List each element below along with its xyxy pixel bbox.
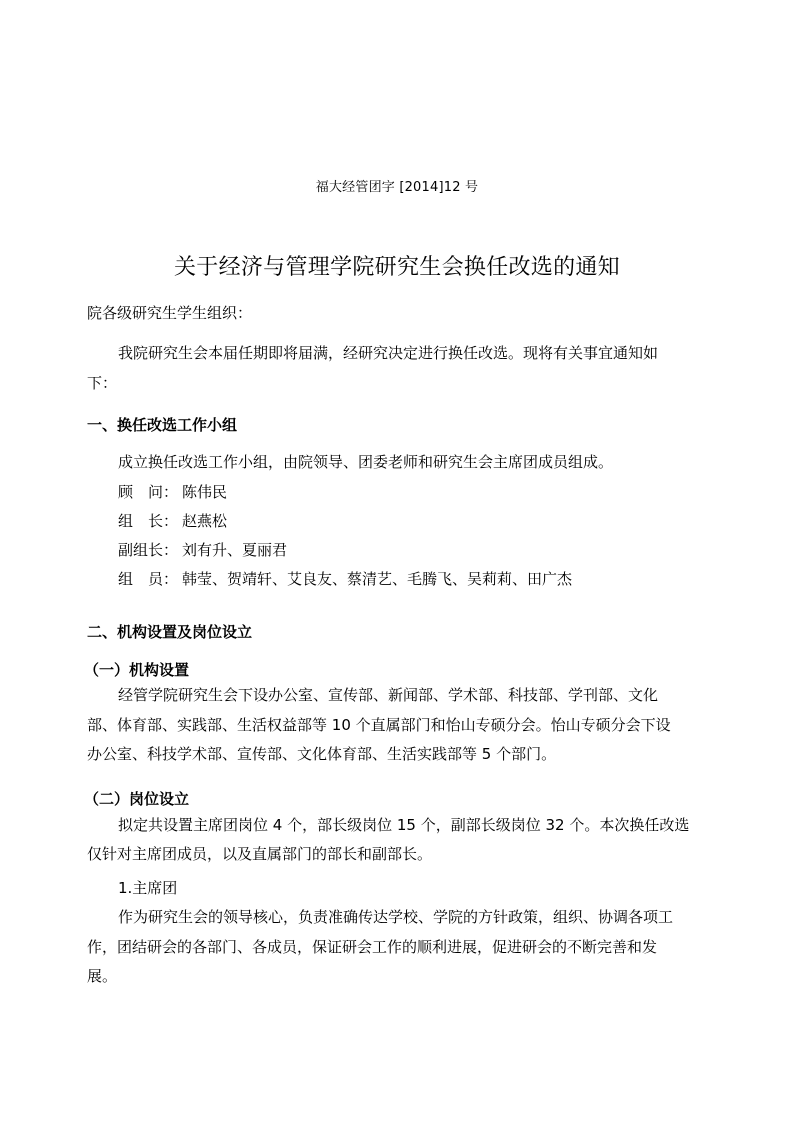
subsection-1-line-1: 经管学院研究生会下设办公室、宣传部、新闻部、学术部、科技部、学刊部、文化 bbox=[118, 688, 658, 703]
member-role: 组 员： bbox=[118, 572, 182, 587]
document-number: 福大经管团字 [2014]12 号 bbox=[0, 176, 794, 195]
subsection-1-heading: （一）机构设置 bbox=[84, 659, 189, 680]
document-page: 福大经管团字 [2014]12 号 关于经济与管理学院研究生会换任改选的通知 院… bbox=[0, 0, 794, 1123]
member-role: 组 长： bbox=[118, 514, 182, 529]
section-2-heading: 二、机构设置及岗位设立 bbox=[87, 621, 252, 642]
member-names: 赵燕松 bbox=[182, 512, 227, 530]
subsection-1-line-2: 部、体育部、实践部、生活权益部等 10 个直属部门和怡山专硕分会。怡山专硕分会下… bbox=[87, 718, 671, 733]
subsection-2-line-2: 仅针对主席团成员，以及直属部门的部长和副部长。 bbox=[87, 847, 432, 862]
item-1-line-2: 作，团结研会的各部门、各成员，保证研会工作的顺利进展，促进研会的不断完善和发 bbox=[87, 940, 657, 955]
member-row-deputy: 副组长：刘有升、夏丽君 bbox=[118, 543, 287, 558]
item-1-line-3: 展。 bbox=[87, 969, 117, 984]
member-role: 副组长： bbox=[118, 543, 182, 558]
section-1-intro: 成立换任改选工作小组，由院领导、团委老师和研究生会主席团成员组成。 bbox=[118, 455, 613, 470]
subsection-2-line-1: 拟定共设置主席团岗位 4 个，部长级岗位 15 个，副部长级岗位 32 个。本次… bbox=[118, 818, 689, 833]
member-names: 韩莹、贺靖轩、艾良友、蔡清艺、毛腾飞、吴莉莉、田广杰 bbox=[182, 570, 572, 588]
intro-line-1: 我院研究生会本届任期即将届满，经研究决定进行换任改选。现将有关事宜通知如 bbox=[118, 346, 658, 361]
member-names: 刘有升、夏丽君 bbox=[182, 541, 287, 559]
member-row-members: 组 员：韩莹、贺靖轩、艾良友、蔡清艺、毛腾飞、吴莉莉、田广杰 bbox=[118, 572, 572, 587]
salutation: 院各级研究生学生组织： bbox=[87, 306, 252, 321]
member-row-leader: 组 长：赵燕松 bbox=[118, 514, 227, 529]
subsection-2-heading: （二）岗位设立 bbox=[84, 788, 189, 809]
item-1-heading: 1.主席团 bbox=[118, 881, 177, 896]
subsection-1-line-3: 办公室、科技学术部、宣传部、文化体育部、生活实践部等 5 个部门。 bbox=[87, 747, 556, 762]
intro-line-2: 下： bbox=[87, 376, 117, 391]
item-1-line-1: 作为研究生会的领导核心，负责准确传达学校、学院的方针政策，组织、协调各项工 bbox=[118, 910, 673, 925]
member-row-advisor: 顾 问：陈伟民 bbox=[118, 485, 227, 500]
member-names: 陈伟民 bbox=[182, 483, 227, 501]
section-1-heading: 一、换任改选工作小组 bbox=[87, 414, 237, 435]
member-role: 顾 问： bbox=[118, 485, 182, 500]
document-title: 关于经济与管理学院研究生会换任改选的通知 bbox=[0, 250, 794, 281]
